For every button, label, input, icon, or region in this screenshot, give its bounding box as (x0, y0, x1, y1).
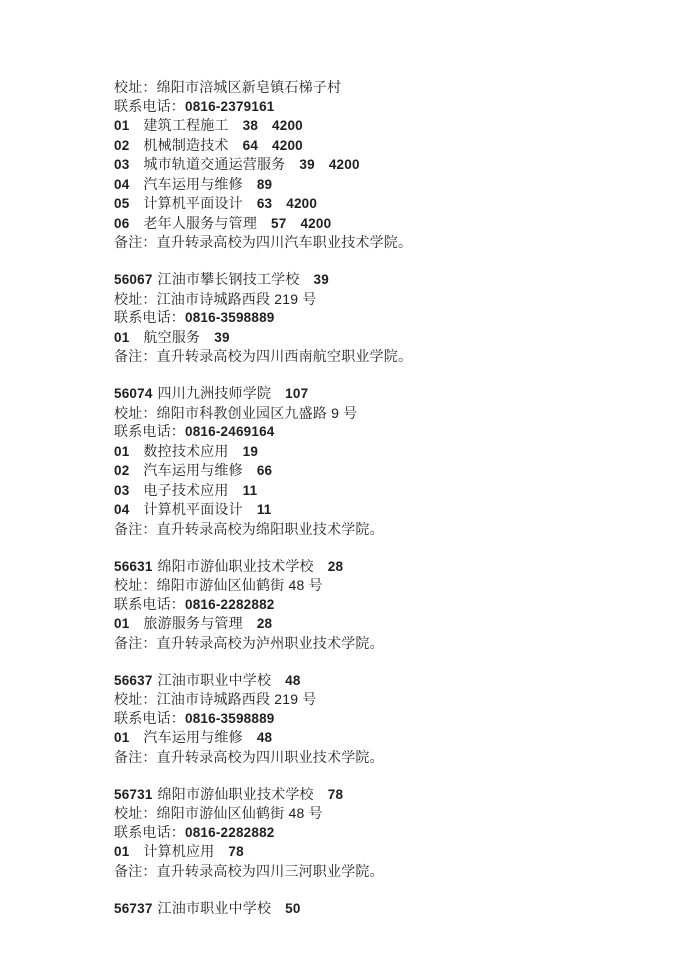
program-plan: 78 (228, 844, 243, 859)
program-no: 01 (114, 844, 129, 859)
program-plan: 11 (257, 502, 272, 517)
address-label: 校址： (114, 577, 157, 593)
program-name: 航空服务 (143, 329, 200, 345)
address-line: 校址：绵阳市涪城区新皂镇石梯子村 (114, 78, 620, 97)
phone-label: 联系电话： (114, 309, 185, 325)
program-no: 02 (114, 138, 129, 153)
program-no: 02 (114, 463, 129, 478)
program-fee: 4200 (300, 216, 331, 231)
address-line: 校址：绵阳市科教创业园区九盛路 9 号 (114, 404, 620, 423)
program-line: 03电子技术应用11 (114, 481, 620, 501)
remark-label: 备注： (114, 348, 157, 364)
school-section: 56074四川九洲技师学院107校址：绵阳市科教创业园区九盛路 9 号联系电话：… (114, 384, 620, 538)
school-code: 56067 (114, 272, 153, 287)
remark-text: 直升转录高校为绵阳职业技术学院。 (157, 521, 384, 537)
address-label: 校址： (114, 805, 157, 821)
program-line: 01数控技术应用19 (114, 442, 620, 462)
program-no: 03 (114, 157, 129, 172)
school-code: 56637 (114, 673, 153, 688)
program-no: 04 (114, 177, 129, 192)
phone-value: 0816-3598889 (185, 310, 274, 325)
address-label: 校址： (114, 79, 157, 95)
school-header-line: 56074四川九洲技师学院107 (114, 384, 620, 404)
address-value: 江油市诗城路西段 219 号 (157, 691, 317, 707)
address-label: 校址： (114, 691, 157, 707)
program-name: 建筑工程施工 (143, 117, 228, 133)
address-value: 绵阳市游仙区仙鹤街 48 号 (157, 577, 323, 593)
program-no: 01 (114, 616, 129, 631)
school-section: 56637江油市职业中学校48校址：江油市诗城路西段 219 号联系电话：081… (114, 671, 620, 767)
program-line: 05计算机平面设计634200 (114, 194, 620, 214)
program-fee: 4200 (272, 138, 303, 153)
remark-line: 备注：直升转录高校为四川职业技术学院。 (114, 748, 620, 767)
address-value: 江油市诗城路西段 219 号 (157, 291, 317, 307)
remark-label: 备注： (114, 234, 157, 250)
school-code: 56731 (114, 787, 153, 802)
remark-text: 直升转录高校为四川汽车职业技术学院。 (157, 234, 413, 250)
remark-text: 直升转录高校为泸州职业技术学院。 (157, 635, 384, 651)
program-plan: 38 (243, 118, 258, 133)
program-line: 03城市轨道交通运营服务394200 (114, 155, 620, 175)
program-fee: 4200 (286, 196, 317, 211)
address-line: 校址：江油市诗城路西段 219 号 (114, 290, 620, 309)
school-section: 56067江油市攀长钢技工学校39校址：江油市诗城路西段 219 号联系电话：0… (114, 270, 620, 366)
school-section: 56731绵阳市游仙职业技术学校78校址：绵阳市游仙区仙鹤街 48 号联系电话：… (114, 785, 620, 881)
school-total: 28 (328, 559, 343, 574)
address-value: 绵阳市游仙区仙鹤街 48 号 (157, 805, 323, 821)
program-plan: 64 (243, 138, 258, 153)
program-plan: 48 (257, 730, 272, 745)
school-total: 50 (285, 901, 300, 916)
program-line: 01汽车运用与维修48 (114, 728, 620, 748)
program-name: 老年人服务与管理 (143, 215, 257, 231)
school-section: 56737江油市职业中学校50 (114, 899, 620, 919)
program-plan: 57 (271, 216, 286, 231)
program-plan: 66 (257, 463, 272, 478)
phone-line: 联系电话：0816-2469164 (114, 422, 620, 442)
program-line: 01航空服务39 (114, 328, 620, 348)
phone-line: 联系电话：0816-2282882 (114, 823, 620, 843)
program-no: 05 (114, 196, 129, 211)
phone-value: 0816-2282882 (185, 825, 274, 840)
program-name: 机械制造技术 (143, 137, 228, 153)
program-name: 数控技术应用 (143, 443, 228, 459)
program-plan: 19 (243, 444, 258, 459)
phone-line: 联系电话：0816-3598889 (114, 308, 620, 328)
school-code: 56074 (114, 386, 153, 401)
school-code: 56631 (114, 559, 153, 574)
remark-label: 备注： (114, 521, 157, 537)
program-line: 04计算机平面设计11 (114, 500, 620, 520)
school-name: 江油市攀长钢技工学校 (158, 271, 300, 287)
school-header-line: 56731绵阳市游仙职业技术学校78 (114, 785, 620, 805)
phone-label: 联系电话： (114, 423, 185, 439)
program-plan: 11 (243, 483, 258, 498)
school-name: 绵阳市游仙职业技术学校 (158, 786, 314, 802)
program-line: 06老年人服务与管理574200 (114, 214, 620, 234)
program-name: 计算机平面设计 (143, 195, 242, 211)
program-name: 城市轨道交通运营服务 (143, 156, 285, 172)
address-line: 校址：江油市诗城路西段 219 号 (114, 690, 620, 709)
school-total: 107 (285, 386, 308, 401)
remark-line: 备注：直升转录高校为绵阳职业技术学院。 (114, 520, 620, 539)
program-plan: 28 (257, 616, 272, 631)
phone-value: 0816-3598889 (185, 711, 274, 726)
school-name: 绵阳市游仙职业技术学校 (158, 558, 314, 574)
address-label: 校址： (114, 405, 157, 421)
remark-text: 直升转录高校为四川西南航空职业学院。 (157, 348, 413, 364)
address-label: 校址： (114, 291, 157, 307)
program-name: 计算机平面设计 (143, 501, 242, 517)
program-no: 06 (114, 216, 129, 231)
program-no: 04 (114, 502, 129, 517)
school-total: 39 (314, 272, 329, 287)
school-header-line: 56631绵阳市游仙职业技术学校28 (114, 557, 620, 577)
phone-value: 0816-2379161 (185, 99, 274, 114)
program-no: 01 (114, 330, 129, 345)
program-no: 03 (114, 483, 129, 498)
address-line: 校址：绵阳市游仙区仙鹤街 48 号 (114, 804, 620, 823)
program-fee: 4200 (329, 157, 360, 172)
address-value: 绵阳市科教创业园区九盛路 9 号 (157, 405, 358, 421)
phone-line: 联系电话：0816-2379161 (114, 97, 620, 117)
remark-text: 直升转录高校为四川职业技术学院。 (157, 749, 384, 765)
program-line: 02机械制造技术644200 (114, 136, 620, 156)
remark-label: 备注： (114, 635, 157, 651)
program-plan: 89 (257, 177, 272, 192)
remark-line: 备注：直升转录高校为四川西南航空职业学院。 (114, 347, 620, 366)
school-total: 48 (285, 673, 300, 688)
program-name: 计算机应用 (143, 843, 214, 859)
remark-line: 备注：直升转录高校为四川三河职业学院。 (114, 862, 620, 881)
program-name: 旅游服务与管理 (143, 615, 242, 631)
program-plan: 63 (257, 196, 272, 211)
program-line: 01建筑工程施工384200 (114, 116, 620, 136)
phone-line: 联系电话：0816-2282882 (114, 595, 620, 615)
remark-label: 备注： (114, 749, 157, 765)
program-fee: 4200 (272, 118, 303, 133)
school-section: 校址：绵阳市涪城区新皂镇石梯子村联系电话：0816-237916101建筑工程施… (114, 78, 620, 252)
program-line: 01旅游服务与管理28 (114, 614, 620, 634)
school-name: 江油市职业中学校 (158, 672, 272, 688)
address-value: 绵阳市涪城区新皂镇石梯子村 (157, 79, 342, 95)
program-line: 02汽车运用与维修66 (114, 461, 620, 481)
program-name: 电子技术应用 (143, 482, 228, 498)
program-line: 04汽车运用与维修89 (114, 175, 620, 195)
phone-label: 联系电话： (114, 824, 185, 840)
school-section: 56631绵阳市游仙职业技术学校28校址：绵阳市游仙区仙鹤街 48 号联系电话：… (114, 557, 620, 653)
program-no: 01 (114, 118, 129, 133)
program-no: 01 (114, 444, 129, 459)
phone-label: 联系电话： (114, 98, 185, 114)
school-code: 56737 (114, 901, 153, 916)
program-no: 01 (114, 730, 129, 745)
remark-line: 备注：直升转录高校为泸州职业技术学院。 (114, 634, 620, 653)
school-header-line: 56737江油市职业中学校50 (114, 899, 620, 919)
phone-value: 0816-2469164 (185, 424, 274, 439)
school-total: 78 (328, 787, 343, 802)
program-name: 汽车运用与维修 (143, 462, 242, 478)
school-header-line: 56637江油市职业中学校48 (114, 671, 620, 691)
school-header-line: 56067江油市攀长钢技工学校39 (114, 270, 620, 290)
phone-label: 联系电话： (114, 596, 185, 612)
phone-label: 联系电话： (114, 710, 185, 726)
program-line: 01计算机应用78 (114, 842, 620, 862)
program-name: 汽车运用与维修 (143, 176, 242, 192)
school-name: 江油市职业中学校 (158, 900, 272, 916)
address-line: 校址：绵阳市游仙区仙鹤街 48 号 (114, 576, 620, 595)
program-name: 汽车运用与维修 (143, 729, 242, 745)
school-name: 四川九洲技师学院 (158, 385, 272, 401)
document-page: 校址：绵阳市涪城区新皂镇石梯子村联系电话：0816-237916101建筑工程施… (0, 0, 680, 961)
phone-value: 0816-2282882 (185, 597, 274, 612)
program-plan: 39 (214, 330, 229, 345)
remark-text: 直升转录高校为四川三河职业学院。 (157, 863, 384, 879)
remark-line: 备注：直升转录高校为四川汽车职业技术学院。 (114, 233, 620, 252)
program-plan: 39 (299, 157, 314, 172)
phone-line: 联系电话：0816-3598889 (114, 709, 620, 729)
remark-label: 备注： (114, 863, 157, 879)
